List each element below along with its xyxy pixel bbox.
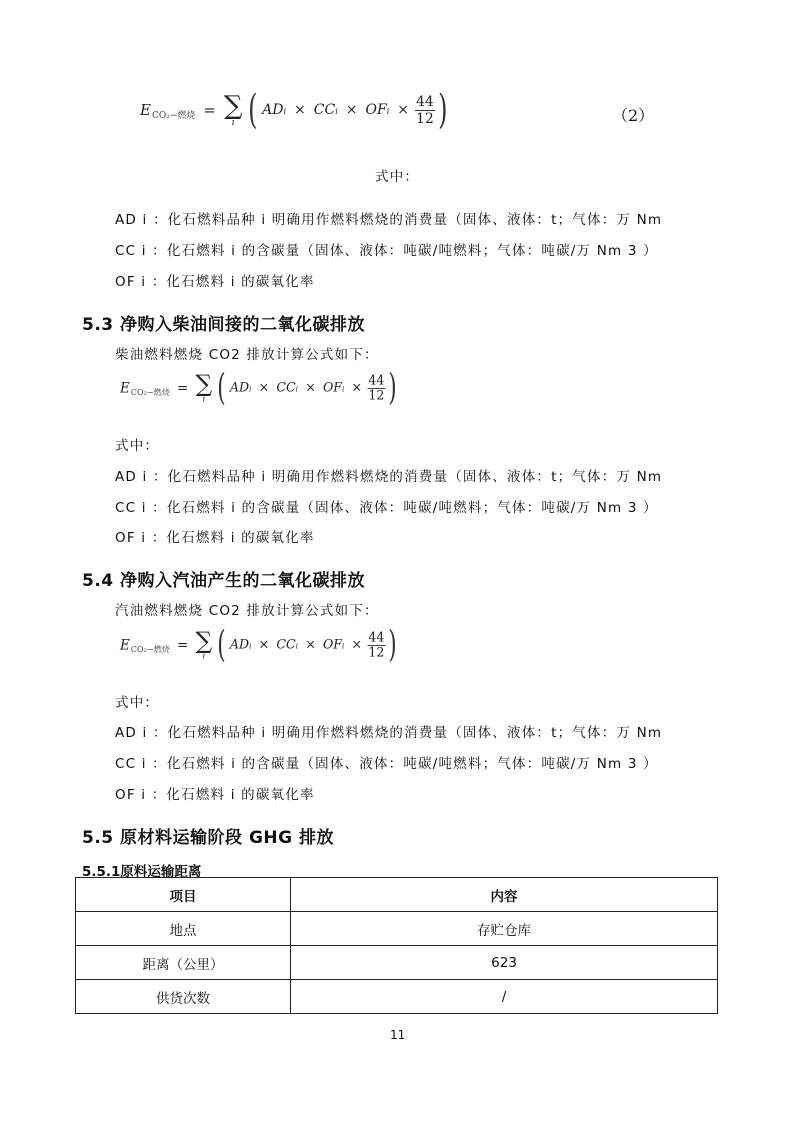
table-row: 地点 存贮仓库 bbox=[76, 912, 718, 946]
where-label: 式中： bbox=[115, 691, 159, 711]
equals-sign: = bbox=[203, 101, 216, 119]
formula-lhs: E bbox=[140, 101, 151, 119]
formula-lhs-sub: CO₂−燃烧 bbox=[152, 108, 195, 121]
right-paren: ) bbox=[438, 90, 447, 130]
def-ad: AD i ：化石燃料品种 i 明确用作燃料燃烧的消费量（固体、液体：t；气体：万… bbox=[115, 721, 662, 741]
heading-5-3: 5.3 净购入柴油间接的二氧化碳排放 bbox=[82, 310, 365, 335]
cell-value: 存贮仓库 bbox=[291, 912, 718, 946]
cell-label: 地点 bbox=[76, 912, 291, 946]
def-of: OF i ：化石燃料 i 的碳氧化率 bbox=[115, 783, 315, 803]
left-paren: ( bbox=[248, 90, 257, 130]
term-cc: CCi bbox=[314, 102, 338, 118]
def-of: OF i ：化石燃料 i 的碳氧化率 bbox=[115, 526, 315, 546]
header-content: 内容 bbox=[291, 878, 718, 912]
transport-distance-table: 项目 内容 地点 存贮仓库 距离（公里） 623 供货次数 / bbox=[75, 877, 718, 1014]
heading-5-4: 5.4 净购入汽油产生的二氧化碳排放 bbox=[82, 566, 365, 591]
fraction: 4412 bbox=[415, 94, 435, 127]
def-cc: CC i ：化石燃料 i 的含碳量（固体、液体：吨碳/吨燃料；气体：吨碳/万 N… bbox=[115, 496, 658, 516]
def-cc: CC i ：化石燃料 i 的含碳量（固体、液体：吨碳/吨燃料；气体：吨碳/万 N… bbox=[115, 752, 658, 772]
term-ad: ADi bbox=[262, 102, 286, 118]
intro-5-4: 汽油燃料燃烧 CO2 排放计算公式如下： bbox=[115, 599, 379, 619]
cell-label: 供货次数 bbox=[76, 980, 291, 1014]
table-row: 供货次数 / bbox=[76, 980, 718, 1014]
where-label: 式中： bbox=[115, 434, 159, 454]
formula-1: E CO₂−燃烧 = ∑i ( ADi × CCi × OFi × 4412 ) bbox=[140, 90, 450, 130]
def-ad: AD i ：化石燃料品种 i 明确用作燃料燃烧的消费量（固体、液体：t；气体：万… bbox=[115, 208, 662, 228]
table-header-row: 项目 内容 bbox=[76, 878, 718, 912]
equation-number: （2） bbox=[612, 103, 654, 126]
header-item: 项目 bbox=[76, 878, 291, 912]
formula-3: E CO₂−燃烧 = ∑i ( ADi × CCi × OFi × 4412 ) bbox=[120, 627, 399, 663]
cell-label: 距离（公里） bbox=[76, 946, 291, 980]
def-ad: AD i ：化石燃料品种 i 明确用作燃料燃烧的消费量（固体、液体：t；气体：万… bbox=[115, 465, 662, 485]
sum-symbol: ∑i bbox=[196, 629, 213, 661]
heading-5-5: 5.5 原材料运输阶段 GHG 排放 bbox=[82, 823, 334, 848]
term-of: OFi bbox=[366, 102, 390, 118]
page-number: 11 bbox=[390, 1028, 405, 1042]
def-of: OF i ：化石燃料 i 的碳氧化率 bbox=[115, 270, 315, 290]
cell-value: / bbox=[291, 980, 718, 1014]
formula-2: E CO₂−燃烧 = ∑i ( ADi × CCi × OFi × 4412 ) bbox=[120, 370, 399, 406]
cell-value: 623 bbox=[291, 946, 718, 980]
def-cc: CC i ：化石燃料 i 的含碳量（固体、液体：吨碳/吨燃料；气体：吨碳/万 N… bbox=[115, 239, 658, 259]
table-row: 距离（公里） 623 bbox=[76, 946, 718, 980]
intro-5-3: 柴油燃料燃烧 CO2 排放计算公式如下： bbox=[115, 343, 379, 363]
sum-symbol: ∑i bbox=[196, 372, 213, 404]
sum-symbol: ∑i bbox=[224, 93, 243, 128]
where-label: 式中： bbox=[375, 165, 419, 185]
